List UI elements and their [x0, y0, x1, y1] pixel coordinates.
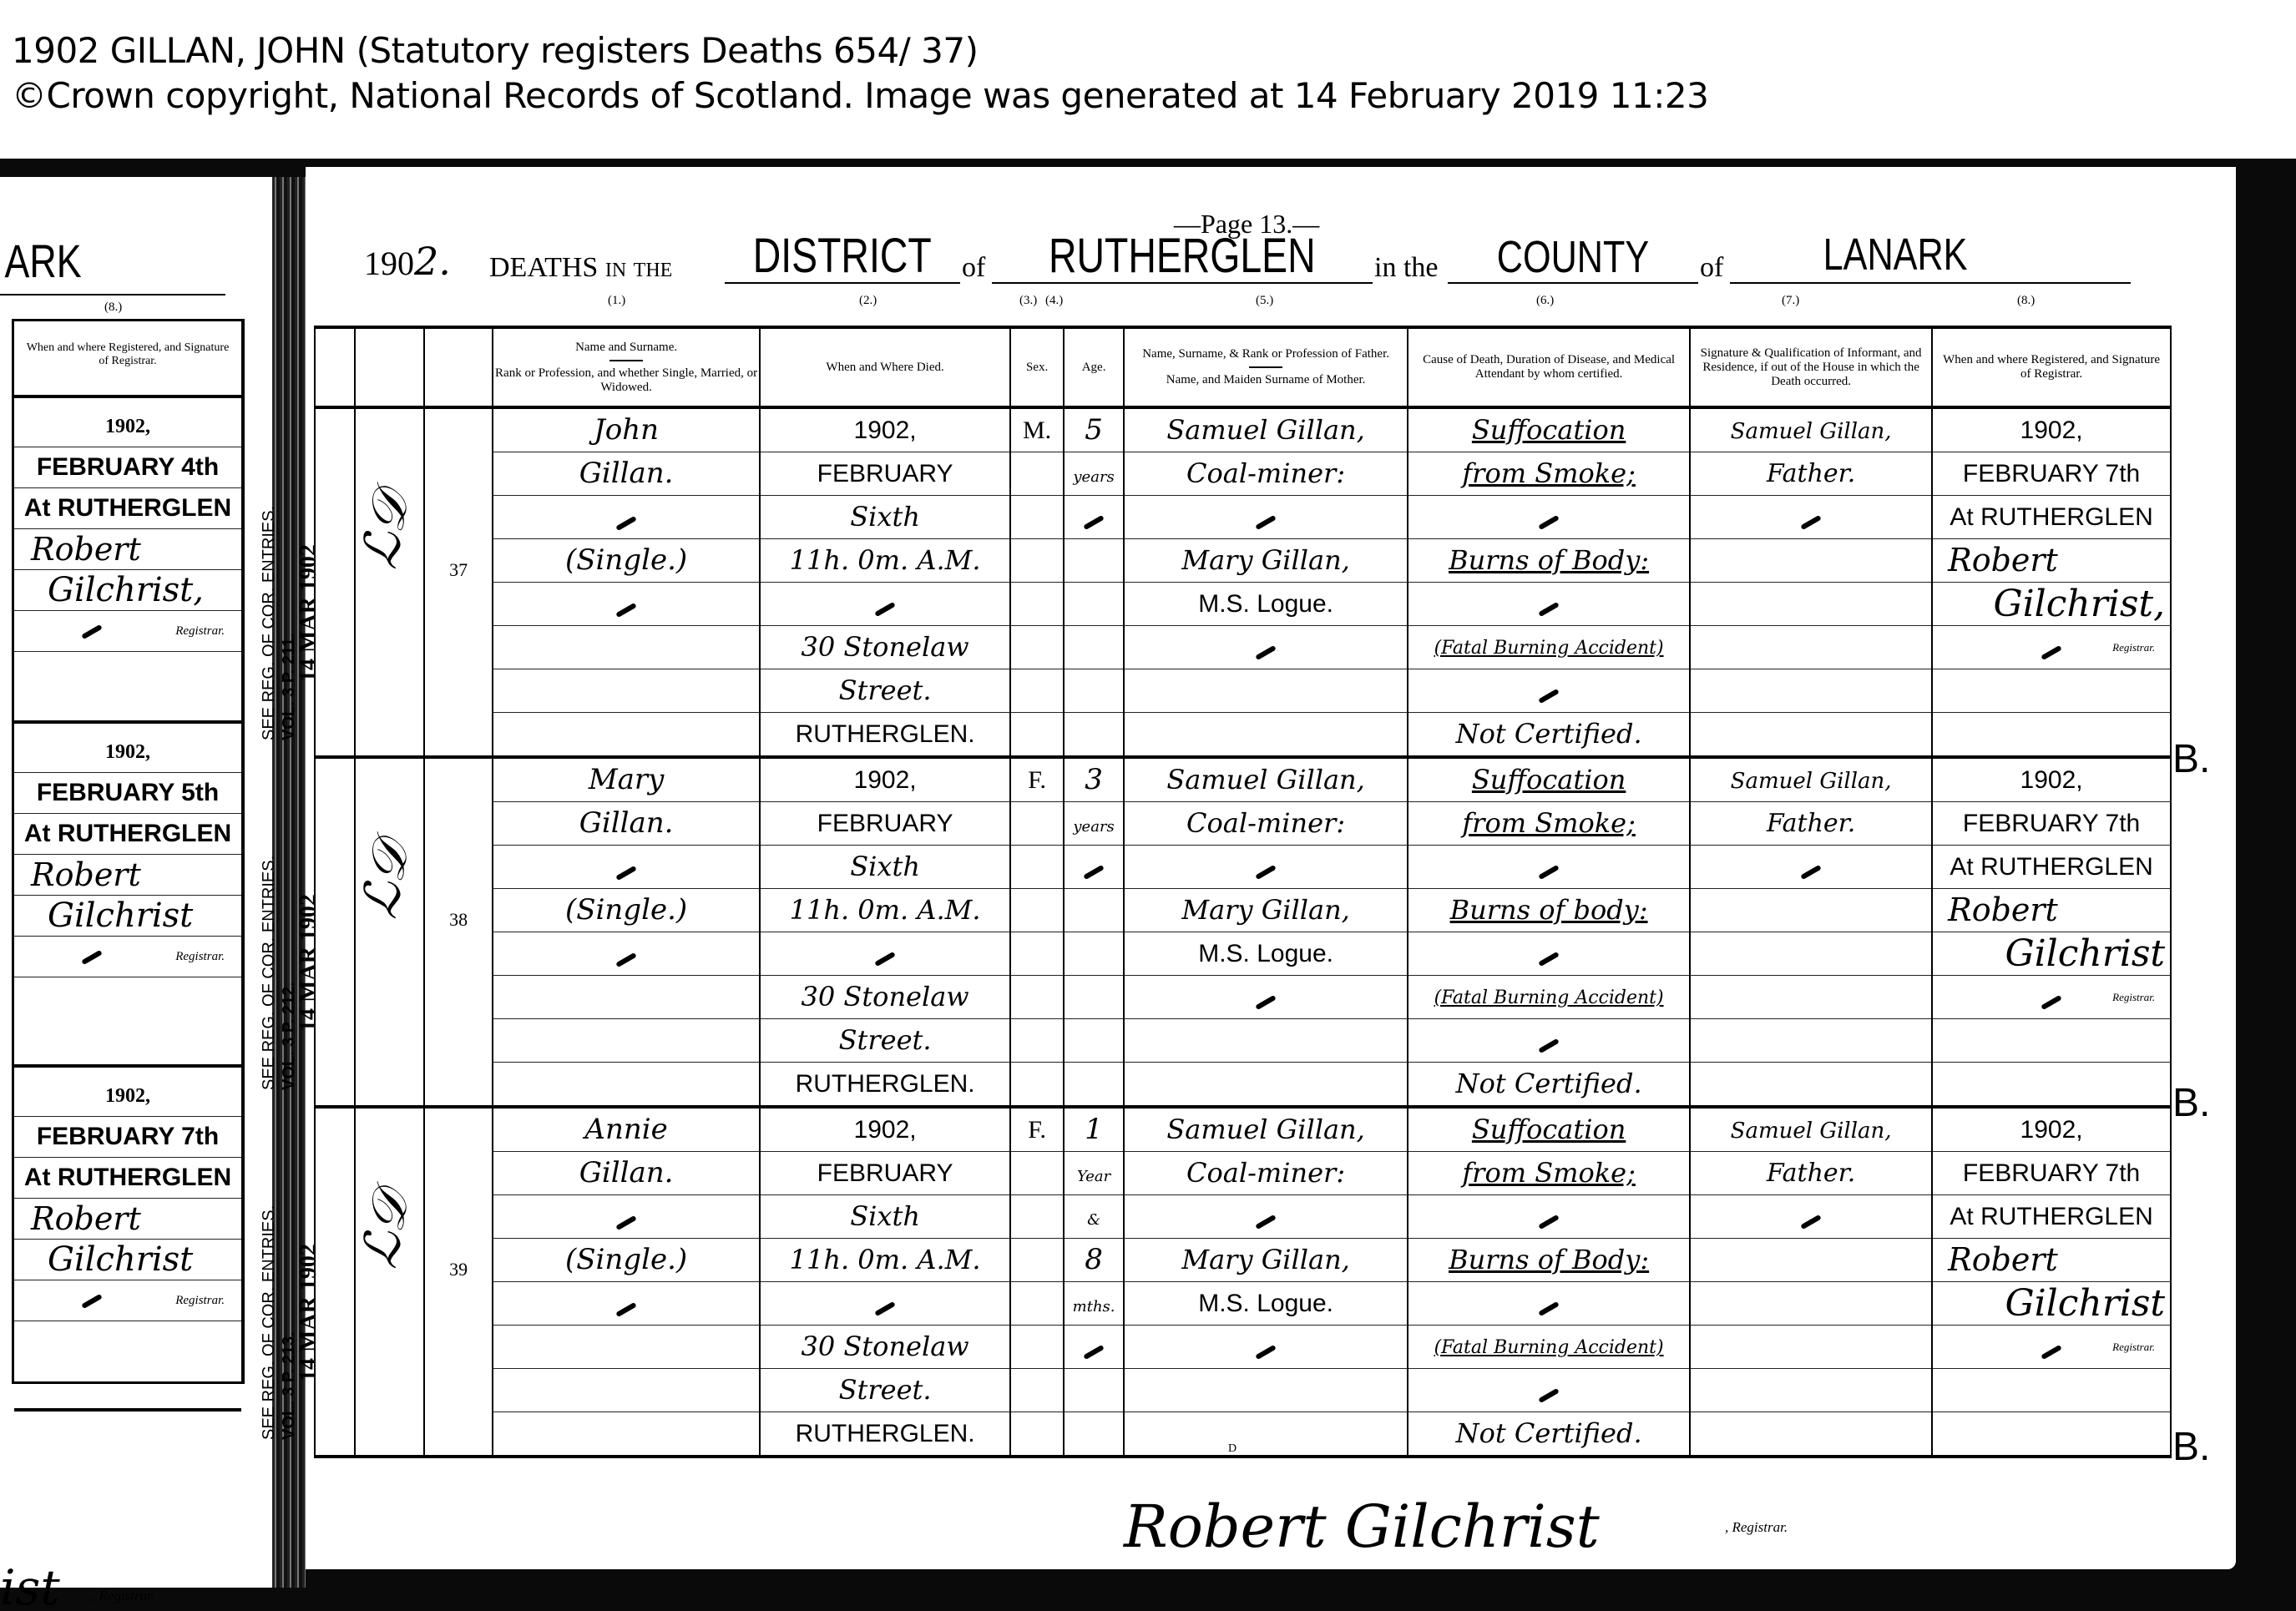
left-reg-date: FEBRUARY 5th — [14, 773, 241, 814]
when-where-line: 11h. 0m. A.M. — [790, 894, 981, 926]
entry-number: 37 — [425, 409, 492, 581]
sex-value: M. — [1023, 417, 1051, 444]
registration-line: Gilchrist, — [1993, 583, 2165, 625]
name-cell: JohnGillan.(Single.) — [493, 407, 760, 757]
entry-number-cell: 38 — [424, 757, 493, 1107]
age-line: 8 — [1085, 1243, 1103, 1276]
left-reg-signature-2: Gilchrist — [14, 896, 241, 937]
ditto-mark — [1800, 515, 1822, 530]
correction-stamp: SEE REG. OF COR. ENTRIES. VOL. 3 P. 212.… — [259, 773, 319, 1090]
parents-line: Samuel Gillan, — [1166, 414, 1364, 446]
informant-line: Father. — [1767, 809, 1855, 838]
ditto-mark — [615, 1215, 637, 1230]
left-reg-place: At RUTHERGLEN — [14, 1158, 241, 1199]
cause-line: (Fatal Burning Accident) — [1434, 987, 1664, 1008]
age-cell: 3years — [1064, 757, 1124, 1107]
ditto-mark — [615, 866, 637, 881]
ditto-mark — [2041, 995, 2062, 1010]
margin-mark: B. — [2172, 1080, 2210, 1126]
ditto-mark — [1255, 645, 1277, 660]
age-line: Year — [1077, 1168, 1110, 1185]
age-cell: 5years — [1064, 407, 1124, 757]
correction-stamp: SEE REG. OF COR. ENTRIES. VOL. 3 P. 211.… — [259, 423, 319, 740]
parents-line: Coal-miner: — [1186, 807, 1345, 839]
informant-cell: Samuel Gillan,Father. — [1690, 407, 1932, 757]
when-where-died-cell: 1902,FEBRUARYSixth11h. 0m. A.M.30 Stonel… — [760, 407, 1010, 757]
county-type-field: COUNTY — [1448, 232, 1698, 284]
left-signature-fragment: ist — [0, 1563, 60, 1611]
left-reg-place: At RUTHERGLEN — [14, 814, 241, 855]
cause-line: Burns of body: — [1450, 894, 1648, 926]
when-where-line: RUTHERGLEN. — [796, 720, 975, 748]
left-registrar-label: Registrar. — [175, 1280, 225, 1321]
cause-cell: Suffocationfrom Smoke;Burns of Body:(Fat… — [1408, 407, 1690, 757]
ditto-mark — [81, 950, 103, 965]
registration-line: Robert — [1948, 542, 2058, 578]
cause-line: (Fatal Burning Accident) — [1434, 638, 1664, 659]
deaths-in-the-label: DEATHS in the — [489, 252, 672, 284]
when-where-line: 11h. 0m. A.M. — [790, 1244, 981, 1275]
name-cell: MaryGillan.(Single.) — [493, 757, 760, 1107]
cause-line: Not Certified. — [1456, 718, 1642, 750]
when-where-line: Street. — [839, 674, 932, 706]
registration-line: FEBRUARY 7th — [1963, 460, 2140, 487]
header-age: Age. — [1064, 327, 1124, 407]
name-line: John — [594, 413, 659, 447]
header-registered: When and where Registered, and Signature… — [1932, 327, 2171, 407]
cause-line: (Fatal Burning Accident) — [1434, 1337, 1664, 1358]
registration-cell: 1902,FEBRUARY 7thAt RUTHERGLENRobertGilc… — [1932, 757, 2171, 1107]
ditto-mark — [1255, 1215, 1277, 1230]
footer-mark: D — [1228, 1442, 1237, 1456]
ditto-mark — [874, 952, 896, 967]
registrar-initials-cell: ℒ𝒟 — [355, 407, 424, 757]
column-number-8: (8.) — [2017, 294, 2035, 308]
left-registration-entry: 1902, FEBRUARY 4th At RUTHERGLEN Robert … — [14, 398, 241, 724]
when-where-line: 30 Stonelaw — [802, 981, 969, 1013]
ditto-mark — [1538, 1388, 1560, 1403]
name-line: (Single.) — [565, 1243, 687, 1276]
age-line: years — [1073, 468, 1114, 486]
district-name-field: RUTHERGLEN — [992, 230, 1373, 284]
name-line: Gillan. — [579, 806, 674, 840]
informant-line: Samuel Gillan, — [1731, 419, 1892, 444]
registration-line: Robert — [1948, 891, 2058, 928]
county-name-field: LANARK — [1730, 227, 2131, 284]
header-when-where: When and Where Died. — [760, 327, 1010, 407]
age-line: 5 — [1085, 413, 1103, 447]
when-where-line: 1902, — [854, 766, 917, 794]
margin-mark: B. — [2172, 736, 2210, 782]
divider — [0, 294, 225, 295]
left-reg-signature-1: Robert — [14, 1199, 241, 1240]
when-where-line: Sixth — [850, 1200, 920, 1232]
left-reg-signature-1: Robert — [14, 529, 241, 570]
ditto-mark — [81, 1294, 103, 1309]
ditto-mark — [1083, 1345, 1105, 1360]
left-reg-signature-2: Gilchrist — [14, 1240, 241, 1280]
ditto-mark — [874, 602, 896, 617]
previous-page-fragment: ARK (8.) When and where Registered, and … — [0, 177, 275, 1588]
age-line: mths. — [1073, 1298, 1115, 1316]
parents-line: Mary Gillan, — [1181, 1244, 1350, 1275]
age-cell: 1Year&8mths. — [1064, 1107, 1124, 1457]
header-cause: Cause of Death, Duration of Disease, and… — [1408, 327, 1690, 407]
left-registration-entry: 1902, FEBRUARY 5th At RUTHERGLEN Robert … — [14, 724, 241, 1068]
parents-cell: Samuel Gillan,Coal-miner:Mary Gillan,M.S… — [1124, 407, 1408, 757]
year-label: 1902. — [364, 239, 451, 284]
header-initials-cell — [355, 327, 424, 407]
registrar-initials-cell: ℒ𝒟 — [355, 1107, 424, 1457]
ditto-mark — [1255, 865, 1277, 880]
ditto-mark — [2041, 1345, 2062, 1360]
register-page: —Page 13.— 1902. DEATHS in the DISTRICT … — [306, 167, 2236, 1569]
left-heading-fragment: ARK — [5, 234, 82, 288]
registration-line: At RUTHERGLEN — [1950, 503, 2152, 531]
registration-line: 1902, — [2020, 766, 2083, 794]
parents-cell: Samuel Gillan,Coal-miner:Mary Gillan,M.S… — [1124, 757, 1408, 1107]
left-column-number: (8.) — [104, 300, 122, 315]
ditto-mark — [1538, 1215, 1560, 1230]
registrar-label: Registrar. — [2112, 1326, 2155, 1368]
ditto-mark — [2041, 645, 2062, 660]
when-where-line: Street. — [839, 1374, 932, 1406]
of-label-1: of — [962, 252, 985, 284]
cause-cell: Suffocationfrom Smoke;Burns of Body:(Fat… — [1408, 1107, 1690, 1457]
ditto-mark — [1538, 602, 1560, 617]
register-entry-row: SEE REG. OF COR. ENTRIES. VOL. 3 P. 211.… — [315, 407, 2171, 757]
name-line: (Single.) — [565, 893, 687, 927]
registration-line: Gilchrist — [2005, 932, 2165, 975]
when-where-line: 11h. 0m. A.M. — [790, 544, 981, 576]
register-entry-row: SEE REG. OF COR. ENTRIES. VOL. 3 P. 213.… — [315, 1107, 2171, 1457]
ditto-mark — [1083, 865, 1105, 880]
entry-number: 38 — [425, 759, 492, 931]
name-line: Annie — [584, 1113, 667, 1146]
table-header-row: Name and Surname.Rank or Profession, and… — [315, 327, 2171, 407]
informant-line: Father. — [1767, 459, 1855, 488]
column-number-5: (5.) — [1256, 294, 1273, 308]
column-number-3: (3.) — [1019, 294, 1037, 308]
informant-line: Father. — [1767, 1159, 1855, 1188]
name-line: Gillan. — [579, 1156, 674, 1189]
left-reg-date: FEBRUARY 4th — [14, 447, 241, 488]
parents-cell: Samuel Gillan,Coal-miner:Mary Gillan,M.S… — [1124, 1107, 1408, 1457]
registration-cell: 1902,FEBRUARY 7thAt RUTHERGLENRobertGilc… — [1932, 407, 2171, 757]
ditto-mark — [81, 624, 103, 639]
parents-line: M.S. Logue. — [1198, 1290, 1333, 1317]
left-reg-place: At RUTHERGLEN — [14, 488, 241, 529]
left-reg-year: 1902, — [14, 407, 241, 447]
left-reg-signature-2: Gilchrist, — [14, 570, 241, 611]
sex-value: F. — [1028, 1116, 1046, 1144]
entry-number-cell: 39 — [424, 1107, 493, 1457]
registrar-label: Registrar. — [2112, 626, 2155, 669]
parents-line: Coal-miner: — [1186, 1157, 1345, 1189]
header-informant: Signature & Qualification of Informant, … — [1690, 327, 1932, 407]
left-registration-entry: 1902, FEBRUARY 7th At RUTHERGLEN Robert … — [14, 1068, 241, 1412]
informant-line: Samuel Gillan, — [1731, 769, 1892, 794]
registrar-initials: ℒ𝒟 — [350, 487, 421, 573]
left-registrar-label: Registrar. — [175, 611, 225, 651]
parents-line: Mary Gillan, — [1181, 544, 1350, 576]
name-line: Gillan. — [579, 457, 674, 490]
cause-line: from Smoke; — [1462, 1157, 1636, 1189]
left-reg-year: 1902, — [14, 1076, 241, 1117]
when-where-line: 30 Stonelaw — [802, 631, 969, 663]
cause-line: Not Certified. — [1456, 1068, 1642, 1099]
cause-line: from Smoke; — [1462, 807, 1636, 839]
ditto-mark — [1800, 1215, 1822, 1230]
when-where-line: RUTHERGLEN. — [796, 1420, 975, 1447]
column-number-1: (1.) — [608, 294, 625, 308]
when-where-died-cell: 1902,FEBRUARYSixth11h. 0m. A.M.30 Stonel… — [760, 757, 1010, 1107]
parents-line: Samuel Gillan, — [1166, 1114, 1364, 1145]
registration-line: At RUTHERGLEN — [1950, 1203, 2152, 1230]
of-label-2: of — [1700, 252, 1723, 284]
name-cell: AnnieGillan.(Single.) — [493, 1107, 760, 1457]
when-where-line: 1902, — [854, 417, 917, 444]
register-entry-row: SEE REG. OF COR. ENTRIES. VOL. 3 P. 212.… — [315, 757, 2171, 1107]
left-registrar-label: Registrar. — [175, 937, 225, 977]
register-table: Name and Surname.Rank or Profession, and… — [314, 326, 2172, 1458]
registration-line: FEBRUARY 7th — [1963, 810, 2140, 837]
when-where-died-cell: 1902,FEBRUARYSixth11h. 0m. A.M.30 Stonel… — [760, 1107, 1010, 1457]
correction-stamp: SEE REG. OF COR. ENTRIES. VOL. 3 P. 213.… — [259, 1123, 319, 1440]
when-where-line: 1902, — [854, 1116, 917, 1144]
ditto-mark — [1538, 865, 1560, 880]
parents-line: M.S. Logue. — [1198, 940, 1333, 967]
registration-line: Gilchrist — [2005, 1282, 2165, 1325]
age-line: 3 — [1085, 763, 1103, 796]
district-type-field: DISTRICT — [725, 230, 960, 284]
ditto-mark — [1255, 515, 1277, 530]
when-where-line: FEBRUARY — [817, 810, 953, 837]
column-number-7: (7.) — [1782, 294, 1799, 308]
parents-line: Samuel Gillan, — [1166, 764, 1364, 795]
ditto-mark — [1538, 1301, 1560, 1316]
page-registrar-label: , Registrar. — [1725, 1519, 1788, 1536]
ditto-mark — [1800, 865, 1822, 880]
margin-mark: B. — [2172, 1424, 2210, 1470]
entry-number: 39 — [425, 1109, 492, 1280]
parents-line: Coal-miner: — [1186, 457, 1345, 489]
ditto-mark — [615, 516, 637, 531]
when-where-line: 30 Stonelaw — [802, 1331, 969, 1362]
parents-line: M.S. Logue. — [1198, 590, 1333, 618]
registration-line: 1902, — [2020, 1116, 2083, 1144]
ditto-mark — [1538, 515, 1560, 530]
left-reg-date: FEBRUARY 7th — [14, 1117, 241, 1158]
copyright-notice: ©Crown copyright, National Records of Sc… — [12, 75, 1708, 117]
in-the-label: in the — [1374, 252, 1438, 284]
sex-cell: M. — [1010, 407, 1064, 757]
header-parents: Name, Surname, & Rank or Profession of F… — [1124, 327, 1408, 407]
cause-line: Suffocation — [1472, 414, 1626, 446]
cause-cell: Suffocationfrom Smoke;Burns of body:(Fat… — [1408, 757, 1690, 1107]
ditto-mark — [1255, 995, 1277, 1010]
sex-cell: F. — [1010, 1107, 1064, 1457]
informant-cell: Samuel Gillan,Father. — [1690, 757, 1932, 1107]
cause-line: Suffocation — [1472, 1114, 1626, 1145]
parents-line: Mary Gillan, — [1181, 894, 1350, 926]
header-number-cell — [424, 327, 493, 407]
when-where-line: Sixth — [850, 851, 920, 882]
column-number-2: (2.) — [859, 294, 877, 308]
age-line: years — [1073, 818, 1114, 836]
column-number-6: (6.) — [1536, 294, 1554, 308]
age-line: & — [1087, 1211, 1100, 1229]
ditto-mark — [615, 1302, 637, 1317]
entry-number-cell: 37 — [424, 407, 493, 757]
cause-line: Burns of Body: — [1449, 1244, 1649, 1275]
ditto-mark — [1255, 1345, 1277, 1360]
left-signature-label: , Registrar. — [92, 1588, 154, 1604]
page-registrar-signature: Robert Gilchrist — [1124, 1492, 1600, 1561]
ditto-mark — [874, 1301, 896, 1316]
left-reg-signature-1: Robert — [14, 855, 241, 896]
ditto-mark — [615, 603, 637, 618]
record-title: 1902 GILLAN, JOHN (Statutory registers D… — [12, 30, 979, 72]
registration-line: Robert — [1948, 1241, 2058, 1278]
column-number-4: (4.) — [1045, 294, 1063, 308]
registration-cell: 1902,FEBRUARY 7thAt RUTHERGLENRobertGilc… — [1932, 1107, 2171, 1457]
registrar-initials: ℒ𝒟 — [350, 837, 421, 922]
informant-line: Samuel Gillan, — [1731, 1119, 1892, 1144]
left-column-header: When and where Registered, and Signature… — [14, 321, 241, 398]
left-register-column: When and where Registered, and Signature… — [12, 319, 245, 1384]
when-where-line: Street. — [839, 1024, 932, 1056]
when-where-line: RUTHERGLEN. — [796, 1070, 975, 1098]
when-where-line: FEBRUARY — [817, 460, 953, 487]
ditto-mark — [1538, 952, 1560, 967]
register-title: 1902. DEATHS in the DISTRICT of RUTHERGL… — [364, 217, 2201, 284]
left-reg-year: 1902, — [14, 732, 241, 773]
when-where-line: Sixth — [850, 501, 920, 533]
header-sex: Sex. — [1010, 327, 1064, 407]
registrar-initials: ℒ𝒟 — [350, 1187, 421, 1272]
age-line: 1 — [1085, 1113, 1103, 1146]
ditto-mark — [1538, 689, 1560, 704]
ditto-mark — [1538, 1038, 1560, 1053]
correction-stamp-cell: SEE REG. OF COR. ENTRIES. VOL. 3 P. 212.… — [315, 757, 355, 1107]
registration-line: At RUTHERGLEN — [1950, 853, 2152, 881]
name-line: Mary — [589, 763, 665, 796]
informant-cell: Samuel Gillan,Father. — [1690, 1107, 1932, 1457]
sex-value: F. — [1028, 766, 1046, 794]
registration-line: 1902, — [2020, 417, 2083, 444]
registration-line: FEBRUARY 7th — [1963, 1159, 2140, 1187]
cause-line: Burns of Body: — [1449, 544, 1649, 576]
cause-line: Not Certified. — [1456, 1417, 1642, 1449]
when-where-line: FEBRUARY — [817, 1159, 953, 1187]
name-line: (Single.) — [565, 543, 687, 577]
correction-stamp-cell: SEE REG. OF COR. ENTRIES. VOL. 3 P. 211.… — [315, 407, 355, 757]
correction-stamp-cell: SEE REG. OF COR. ENTRIES. VOL. 3 P. 213.… — [315, 1107, 355, 1457]
header-name: Name and Surname.Rank or Profession, and… — [493, 327, 760, 407]
registrar-initials-cell: ℒ𝒟 — [355, 757, 424, 1107]
cause-line: Suffocation — [1472, 764, 1626, 795]
sex-cell: F. — [1010, 757, 1064, 1107]
ditto-mark — [1083, 515, 1105, 530]
cause-line: from Smoke; — [1462, 457, 1636, 489]
header-stamp-cell — [315, 327, 355, 407]
ditto-mark — [615, 952, 637, 967]
registrar-label: Registrar. — [2112, 976, 2155, 1018]
